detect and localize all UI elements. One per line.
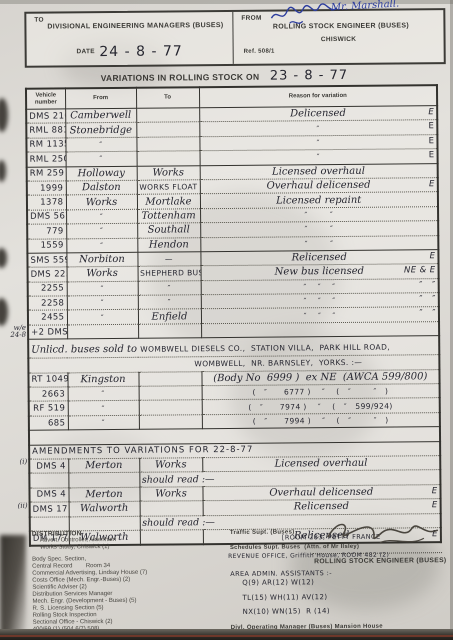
from-cell: ″ [65, 137, 136, 152]
to-cell [136, 108, 199, 123]
to-cell [138, 324, 201, 339]
distribution-list: DISTRIBUTION Advert. Controller, Aldenha… [32, 529, 228, 634]
to-cell: — [137, 252, 200, 267]
reason-cell: Licensed overhaul [202, 456, 440, 472]
from-cell [68, 473, 139, 488]
vehicle-cell: 2255 [28, 282, 67, 297]
vehicle-cell: 779 [27, 224, 66, 239]
from-cell [69, 516, 140, 531]
variation-flag: E [429, 179, 435, 189]
to-cell: Southall [137, 223, 200, 238]
from-cell: Norbiton [66, 252, 137, 267]
distribution-item: Works Study, Chiswick (1) [32, 543, 227, 552]
vehicle-cell: RF 519 [29, 401, 68, 416]
from-cell: ″ [67, 310, 138, 325]
to-cell [139, 386, 202, 401]
footer-area-admin-heading: AREA ADMIN. ASSISTANTS :- [230, 569, 332, 578]
vehicle-cell: 685 [29, 416, 68, 431]
vehicle-cell: 1378 [27, 195, 66, 210]
vehicle-cell: DMS 1776 [30, 502, 69, 517]
to-cell: WORKS FLOAT [137, 180, 200, 195]
to-cell: SHEPHERD BUSH [138, 266, 201, 281]
date-label: DATE [76, 48, 94, 55]
from-cell: ″ [67, 281, 138, 296]
scanned-document-page: TO DIVISIONAL ENGINEERING MANAGERS (BUSE… [0, 0, 453, 640]
from-cell: Walworth [69, 501, 140, 516]
from-cell: ″ [68, 386, 139, 401]
column-header-from: From [65, 88, 136, 109]
from-cell: ″ [66, 238, 137, 253]
signature-title: ROLLING STOCK ENGINEER (BUSES) [314, 557, 453, 565]
vehicle-cell [30, 516, 69, 531]
to-cell [139, 400, 202, 415]
from-cell: ″ [66, 209, 137, 224]
to-cell: Works [139, 486, 202, 501]
from-cell: ″ [66, 223, 137, 238]
vehicle-cell: DMS 4 [29, 459, 68, 474]
to-cell [137, 151, 200, 166]
variation-flag: ″ ″ [419, 280, 436, 290]
signature-scrawl-icon [320, 514, 445, 553]
variation-flag: E [432, 486, 438, 496]
vehicle-cell: RT 1049 [28, 373, 67, 388]
variation-flag: ″ ″ [419, 294, 436, 304]
variations-table: Vehicle number From To Reason for variat… [25, 84, 442, 547]
to-cell: Tottenham [137, 208, 200, 223]
to-cell: ″ [138, 295, 201, 310]
vehicle-cell: 1559 [27, 238, 66, 253]
variation-flag: E [428, 122, 434, 132]
margin-note: (i) [3, 459, 27, 466]
from-cell: Kingston [67, 372, 138, 387]
from-cell: Camberwell [65, 108, 136, 123]
reason-cell: ( ″ 7994 ) ″ ( ″ ″ ) [202, 412, 440, 428]
vehicle-cell: RML 2506 [27, 152, 66, 167]
to-cell: ″ [138, 280, 201, 295]
reason-cell [201, 322, 439, 338]
office-name: CHISWICK [234, 35, 444, 44]
from-cell: Merton [68, 487, 139, 502]
footer-area-admin-line: Q(9) AR(12) W(12) [242, 578, 314, 587]
vehicle-cell: DMS 2105 [26, 109, 65, 124]
from-cell: Works [66, 195, 137, 210]
column-header-to: To [136, 87, 199, 108]
vehicle-cell: RM 1135 [26, 138, 65, 153]
variation-flag: E [429, 136, 435, 146]
to-cell: Mortlake [137, 194, 200, 209]
to-cell [136, 137, 199, 152]
from-cell: Works [67, 267, 138, 282]
vehicle-cell: RML 881 [26, 123, 65, 138]
signature [320, 514, 445, 555]
from-cell: ″ [68, 401, 139, 416]
vehicle-cell: DMS 2251 [28, 267, 67, 282]
from-cell: ″ [68, 415, 139, 430]
vehicle-cell: SMS 559 [27, 253, 66, 268]
reason-cell: RelicensedE [203, 499, 441, 515]
margin-note: (ii) [4, 503, 28, 510]
from-cell: Holloway [66, 166, 137, 181]
vehicle-cell: DMS 4 [29, 488, 68, 503]
to-cell [138, 371, 201, 386]
vehicle-cell: 1999 [27, 181, 66, 196]
variation-flag: E [429, 150, 435, 160]
vehicle-cell: 2663 [29, 387, 68, 402]
to-cell [140, 501, 203, 516]
to-cell [136, 122, 199, 137]
from-cell: ″ [66, 151, 137, 166]
from-cell [67, 324, 138, 339]
footer-area-admin-line: NX(10) WN(15) R (14) [243, 607, 331, 616]
vehicle-cell: RM 259 [27, 166, 66, 181]
header-to-cell: TO DIVISIONAL ENGINEERING MANAGERS (BUSE… [26, 12, 233, 66]
from-cell: Stonebridge [65, 123, 136, 138]
to-cell: Works [139, 458, 202, 473]
variation-flag: E [428, 107, 434, 117]
variation-flag: NE & E [404, 265, 436, 275]
from-cell: Merton [68, 458, 139, 473]
title-text: VARIATIONS IN ROLLING STOCK ON [101, 72, 260, 83]
ink-scribble-icon [269, 0, 340, 30]
sold-note-handwriting: Unlicd. buses sold to [31, 344, 140, 356]
from-cell: ″ [67, 295, 138, 310]
vehicle-cell: 2258 [28, 296, 67, 311]
column-header-reason: Reason for variation [199, 85, 437, 108]
vehicle-cell: DMS 567 [27, 210, 66, 225]
vehicle-cell: 2455 [28, 310, 67, 325]
variation-flag: E [430, 251, 436, 261]
variation-flag: ″ ″ [419, 309, 436, 319]
to-cell [139, 415, 202, 430]
date-line: DATE 24 - 8 - 77 [27, 42, 233, 62]
annotation-text: Mr. Marshall. [331, 0, 400, 14]
vehicle-cell [29, 473, 68, 488]
from-cell: Dalston [66, 180, 137, 195]
reference-number: Ref. 508/1 [244, 49, 275, 55]
column-header-vehicle: Vehicle number [26, 88, 65, 109]
vehicle-cell: +2 DMS [28, 325, 67, 340]
form: TO DIVISIONAL ENGINEERING MANAGERS (BUSE… [0, 0, 453, 640]
margin-note: w/e 24-8 [2, 325, 26, 339]
scan-edge-redline [0, 635, 453, 637]
to-cell: Hendon [137, 237, 200, 252]
from-label: FROM [241, 15, 261, 22]
title-date: 23 - 8 - 77 [270, 68, 348, 84]
variation-flag: E [432, 500, 438, 510]
to-cell: Works [137, 165, 200, 180]
date-value: 24 - 8 - 77 [99, 43, 183, 60]
footer-area-admin-line: TL(15) WH(11) AV(12) [242, 593, 327, 602]
to-value: DIVISIONAL ENGINEERING MANAGERS (BUSES) [40, 22, 230, 31]
sold-note-address: WOMBWELL DIESELS CO., STATION VILLA, PAR… [140, 343, 390, 354]
to-cell: Enfield [138, 309, 201, 324]
